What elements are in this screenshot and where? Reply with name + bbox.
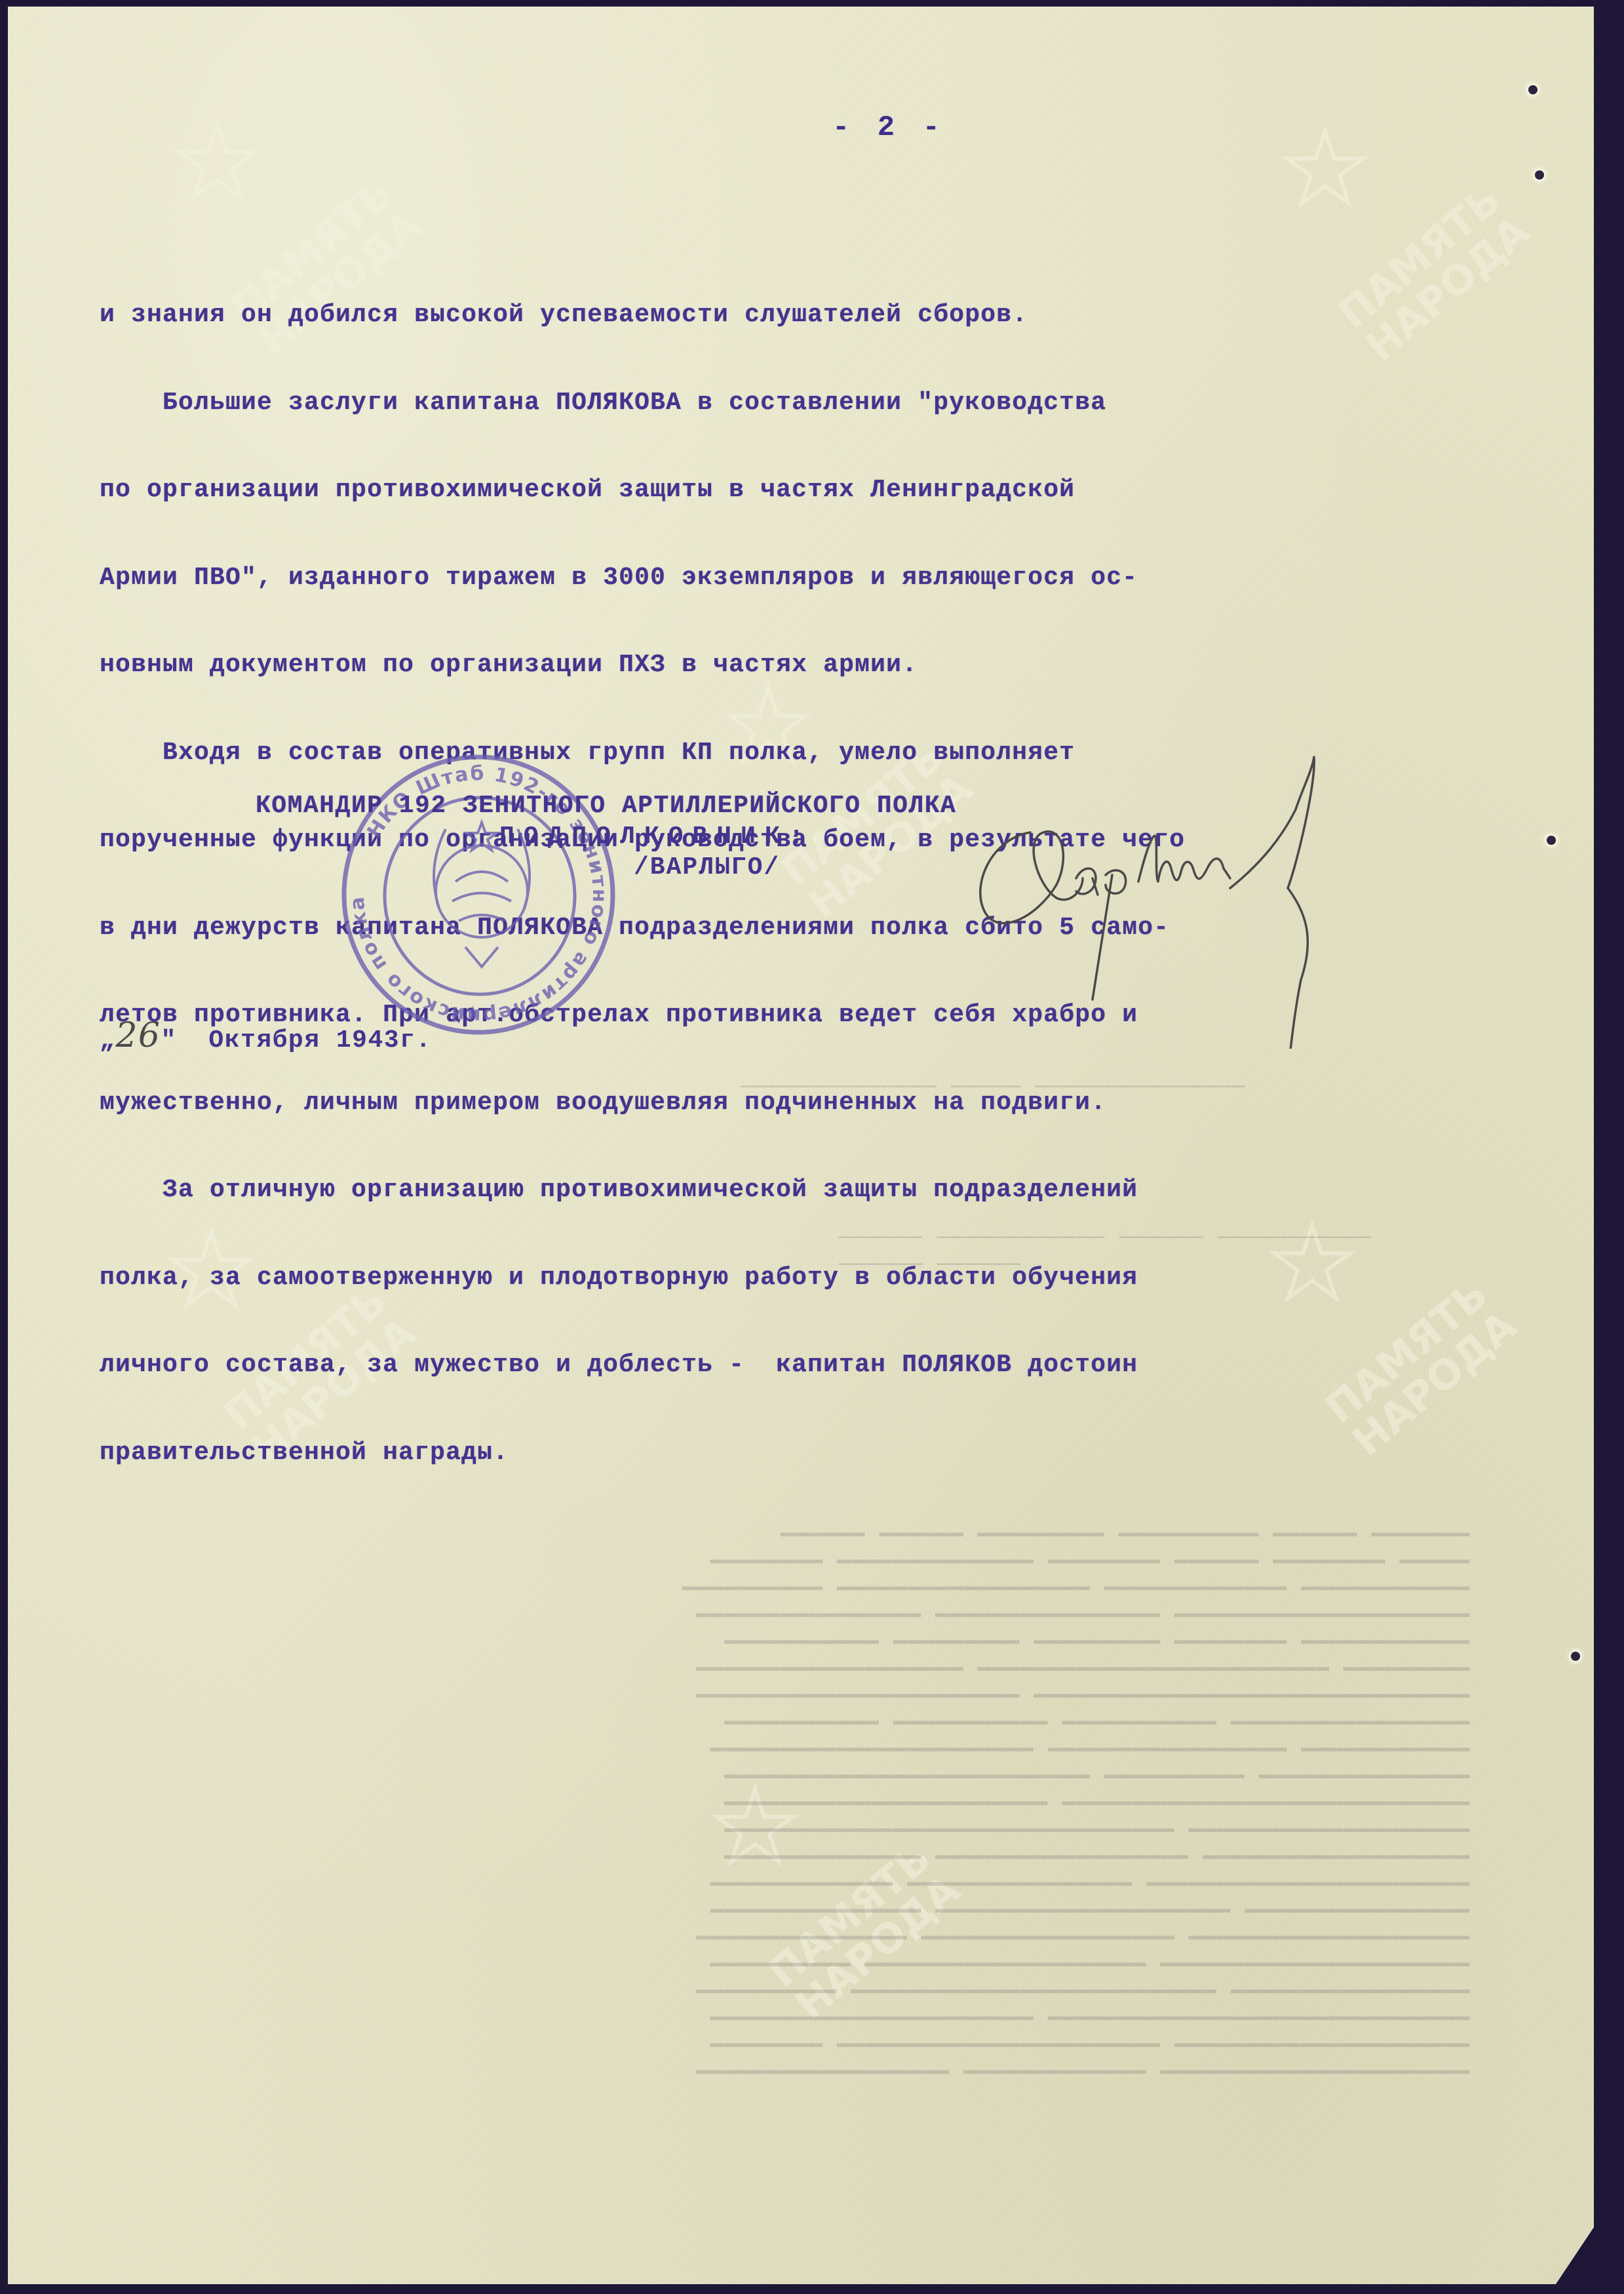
body-line: Большие заслуги капитана ПОЛЯКОВА в сост… — [100, 389, 1463, 418]
body-line: личного состава, за мужество и доблесть … — [100, 1351, 1463, 1380]
punch-hole — [1535, 170, 1544, 180]
bleed-through-text: ━━━━━━━ ━━━━━━ ━━━━━━━━━━ ━━━━━━━━━ ━━━━… — [106, 1524, 1469, 2088]
signatory-name: /ВАРЛЫГО/ — [634, 853, 780, 882]
handwritten-signature — [952, 741, 1423, 1049]
body-line: полка, за самоотверженную и плодотворную… — [100, 1264, 1463, 1293]
body-line: и знания он добился высокой успеваемости… — [100, 301, 1463, 330]
document-page: ПАМЯТЬ НАРОДА ПАМЯТЬ НАРОДА ПАМЯТЬ НАРОД… — [8, 7, 1594, 2284]
svg-text:★: ★ — [465, 1003, 480, 1022]
punch-hole — [1571, 1652, 1580, 1661]
document-date: „26" Октября 1943г. — [100, 1016, 432, 1055]
signatory-title: КОМАНДИР 192 ЗЕНИТНОГО АРТИЛЛЕРИЙСКОГО П… — [256, 792, 956, 820]
date-day: 26 — [115, 1016, 161, 1055]
date-month-year: Октября 1943г. — [208, 1026, 431, 1055]
signatory-rank: ПОДПОЛКОВНИК: — [499, 823, 813, 851]
punch-hole — [1547, 836, 1556, 845]
page-number: - 2 - — [832, 111, 945, 144]
body-line: новным документом по организации ПХЗ в ч… — [100, 651, 1463, 680]
body-line: Армии ПВО", изданного тиражем в 3000 экз… — [100, 564, 1463, 593]
body-line: мужественно, личным примером воодушевляя… — [100, 1089, 1463, 1118]
body-line: За отличную организацию противохимическо… — [100, 1176, 1463, 1205]
body-line: по организации противохимической защиты … — [100, 476, 1463, 505]
body-line: правительственной награды. — [100, 1439, 1463, 1468]
punch-hole — [1528, 85, 1537, 94]
